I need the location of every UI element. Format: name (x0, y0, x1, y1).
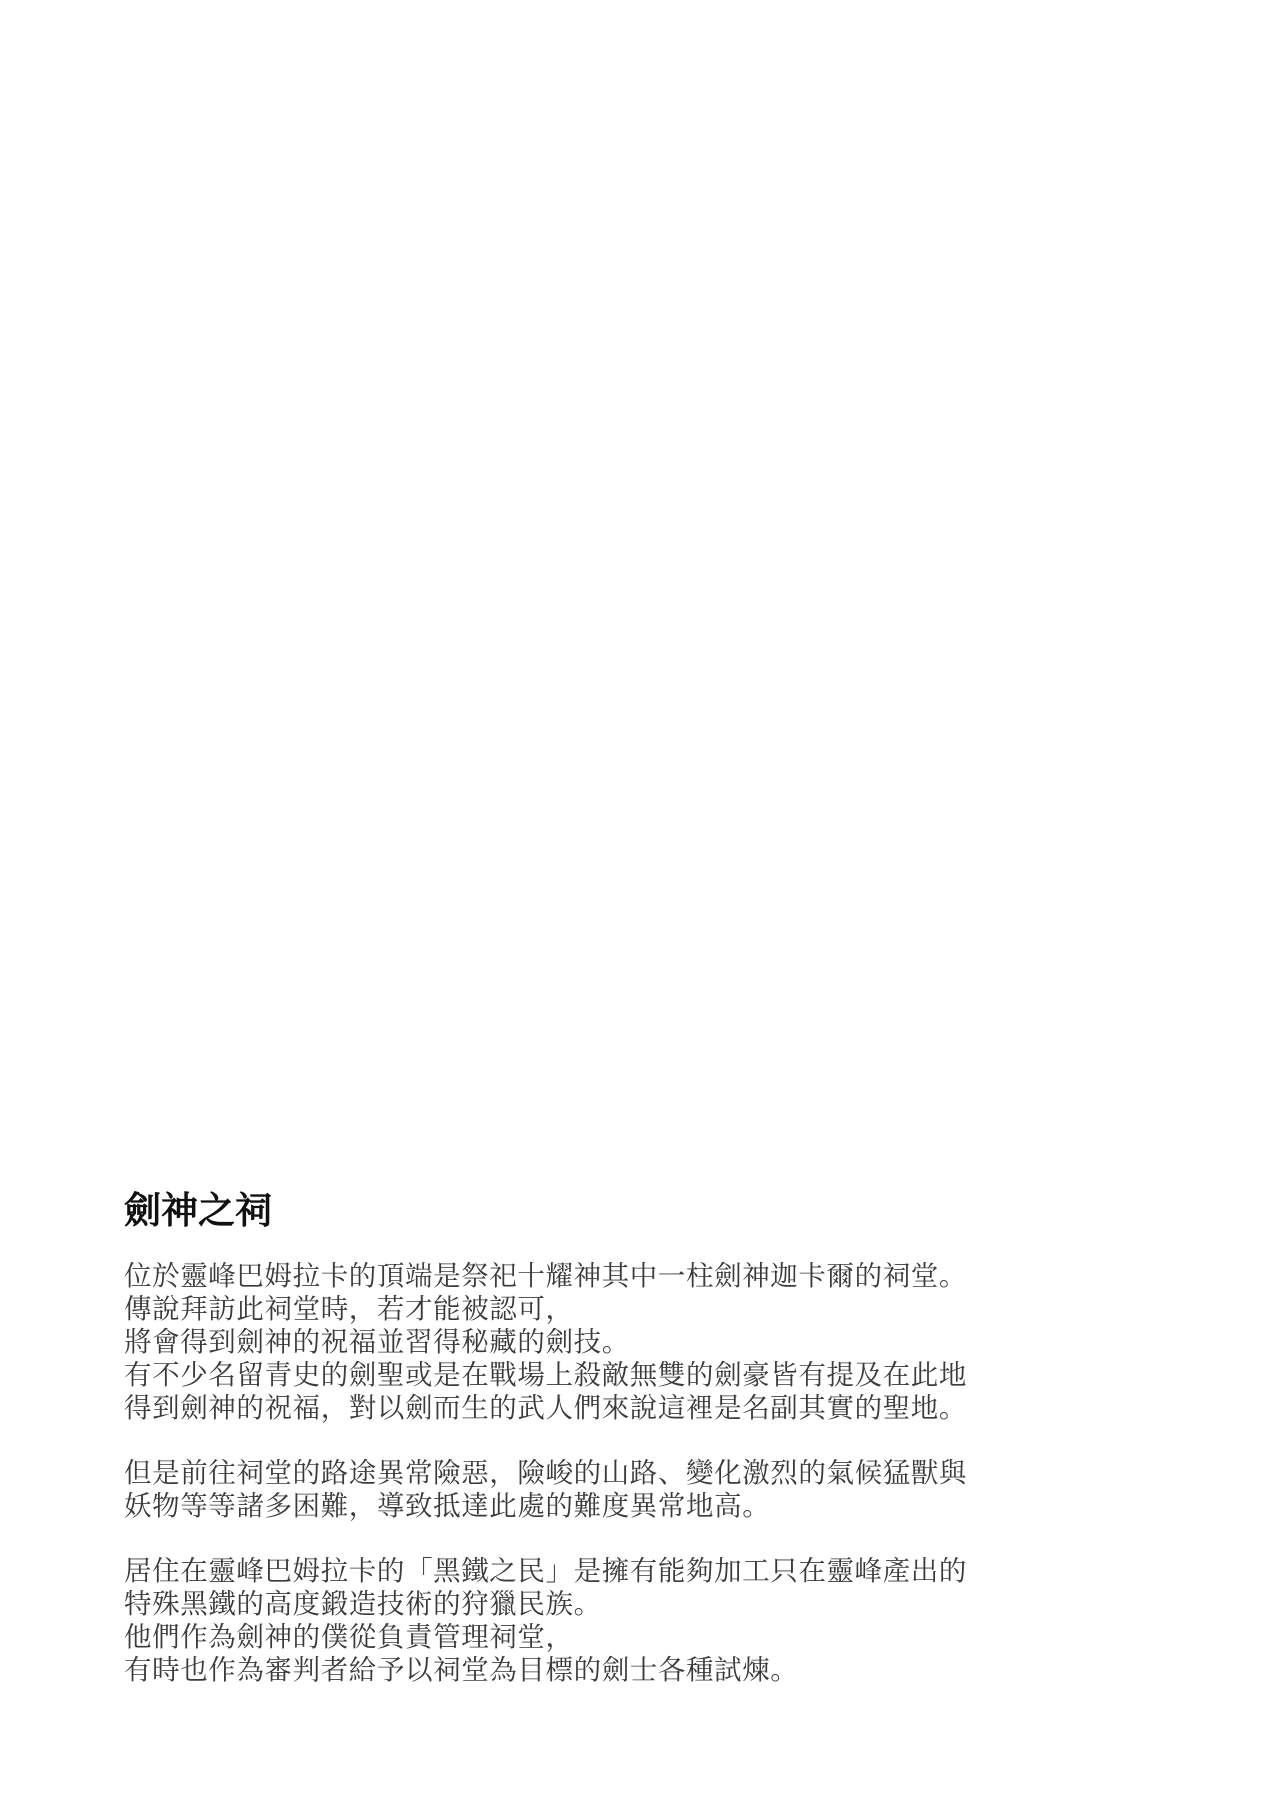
text-line: 有不少名留青史的劍聖或是在戰場上殺敵無雙的劍豪皆有提及在此地 (124, 1359, 1024, 1392)
paragraph-black-iron-people: 居住在靈峰巴姆拉卡的「黑鐵之民」是擁有能夠加工只在靈峰產出的 特殊黑鐵的高度鍛造… (124, 1555, 1024, 1687)
paragraph-dangerous-route: 但是前往祠堂的路途異常險惡，險峻的山路、變化激烈的氣候猛獸與 妖物等等諸多困難，… (124, 1457, 1024, 1523)
text-line: 傳說拜訪此祠堂時，若才能被認可， (124, 1293, 1024, 1326)
paragraph-shrine-intro: 位於靈峰巴姆拉卡的頂端是祭祀十耀神其中一柱劍神迦卡爾的祠堂。 傳說拜訪此祠堂時，… (124, 1260, 1024, 1425)
text-line: 特殊黑鐵的高度鍛造技術的狩獵民族。 (124, 1588, 1024, 1621)
text-line: 位於靈峰巴姆拉卡的頂端是祭祀十耀神其中一柱劍神迦卡爾的祠堂。 (124, 1260, 1024, 1293)
text-line: 妖物等等諸多困難，導致抵達此處的難度異常地高。 (124, 1490, 1024, 1523)
article-body: 位於靈峰巴姆拉卡的頂端是祭祀十耀神其中一柱劍神迦卡爾的祠堂。 傳說拜訪此祠堂時，… (124, 1260, 1024, 1687)
document-page: 劍神之祠 位於靈峰巴姆拉卡的頂端是祭祀十耀神其中一柱劍神迦卡爾的祠堂。 傳說拜訪… (0, 0, 1275, 1800)
text-line: 將會得到劍神的祝福並習得秘藏的劍技。 (124, 1326, 1024, 1359)
text-line: 得到劍神的祝福，對以劍而生的武人們來說這裡是名副其實的聖地。 (124, 1392, 1024, 1425)
article-title: 劍神之祠 (124, 1188, 1024, 1234)
text-line: 居住在靈峰巴姆拉卡的「黑鐵之民」是擁有能夠加工只在靈峰產出的 (124, 1555, 1024, 1588)
text-line: 有時也作為審判者給予以祠堂為目標的劍士各種試煉。 (124, 1654, 1024, 1687)
text-line: 他們作為劍神的僕從負責管理祠堂， (124, 1621, 1024, 1654)
article: 劍神之祠 位於靈峰巴姆拉卡的頂端是祭祀十耀神其中一柱劍神迦卡爾的祠堂。 傳說拜訪… (124, 1188, 1024, 1719)
text-line: 但是前往祠堂的路途異常險惡，險峻的山路、變化激烈的氣候猛獸與 (124, 1457, 1024, 1490)
